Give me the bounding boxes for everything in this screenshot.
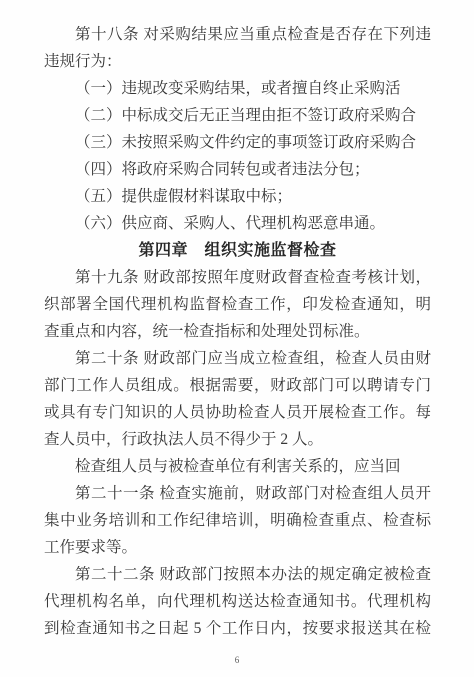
text-line: （二）中标成交后无正当理由拒不签订政府采购合同； (44, 102, 431, 129)
text-line: （五）提供虚假材料谋取中标； (44, 183, 431, 210)
text-line: 部门工作人员组成。根据需要，财政部门可以聘请专门机构 (44, 372, 431, 399)
text-line: （一）违规改变采购结果，或者擅自终止采购活动； (44, 75, 431, 102)
text-line: 违规行为： (44, 48, 431, 75)
list-item-paragraph: （六）供应商、采购人、代理机构恶意串通。 (44, 210, 431, 237)
text-line: 工作要求等。 (44, 534, 431, 561)
paragraph: 检查组人员与被检查单位有利害关系的，应当回避。 (44, 453, 431, 480)
list-item-paragraph: （三）未按照采购文件约定的事项签订政府采购合同； (44, 129, 431, 156)
text-line: 检查组人员与被检查单位有利害关系的，应当回避。 (44, 453, 431, 480)
text-line: 到检查通知书之日起 5 个工作日内，按要求报送其在检查当 (44, 615, 431, 642)
list-item-paragraph: （五）提供虚假材料谋取中标； (44, 183, 431, 210)
text-line: 查重点和内容，统一检查指标和处理处罚标准。 (44, 318, 431, 345)
list-item-paragraph: （一）违规改变采购结果，或者擅自终止采购活动； (44, 75, 431, 102)
text-line: 织部署全国代理机构监督检查工作，印发检查通知，明确检 (44, 291, 431, 318)
text-line: 第二十条 财政部门应当成立检查组，检查人员由财政 (44, 345, 431, 372)
chapter-heading: 第四章 组织实施监督检查 (44, 237, 431, 264)
document-body: 第十八条 对采购结果应当重点检查是否存在下列违法违规行为：（一）违规改变采购结果… (44, 21, 431, 642)
text-line: 第十九条 财政部按照年度财政督查检查考核计划，组 (44, 264, 431, 291)
list-item-paragraph: （二）中标成交后无正当理由拒不签订政府采购合同； (44, 102, 431, 129)
text-line: 第二十二条 财政部门按照本办法的规定确定被检查的 (44, 561, 431, 588)
text-line: 集中业务培训和工作纪律培训，明确检查重点、检查标准及 (44, 507, 431, 534)
paragraph: 第二十二条 财政部门按照本办法的规定确定被检查的代理机构名单，向代理机构送达检查… (44, 561, 431, 642)
document-page: 第十八条 对采购结果应当重点检查是否存在下列违法违规行为：（一）违规改变采购结果… (0, 0, 474, 677)
text-line: （三）未按照采购文件约定的事项签订政府采购合同； (44, 129, 431, 156)
text-line: 第十八条 对采购结果应当重点检查是否存在下列违法 (44, 21, 431, 48)
paragraph: 第十八条 对采购结果应当重点检查是否存在下列违法违规行为： (44, 21, 431, 75)
list-item-paragraph: （四）将政府采购合同转包或者违法分包； (44, 156, 431, 183)
text-line: 第二十一条 检查实施前，财政部门对检查组人员开展 (44, 480, 431, 507)
page-number: 6 (0, 655, 474, 665)
paragraph: 第二十条 财政部门应当成立检查组，检查人员由财政部门工作人员组成。根据需要，财政… (44, 345, 431, 453)
paragraph: 第二十一条 检查实施前，财政部门对检查组人员开展集中业务培训和工作纪律培训，明确… (44, 480, 431, 561)
text-line: 代理机构名单，向代理机构送达检查通知书。代理机构自收 (44, 588, 431, 615)
paragraph: 第十九条 财政部按照年度财政督查检查考核计划，组织部署全国代理机构监督检查工作，… (44, 264, 431, 345)
text-line: 查人员中，行政执法人员不得少于 2 人。 (44, 426, 431, 453)
text-line: （四）将政府采购合同转包或者违法分包； (44, 156, 431, 183)
text-line: 或具有专门知识的人员协助检查人员开展检查工作。每组检 (44, 399, 431, 426)
text-line: （六）供应商、采购人、代理机构恶意串通。 (44, 210, 431, 237)
